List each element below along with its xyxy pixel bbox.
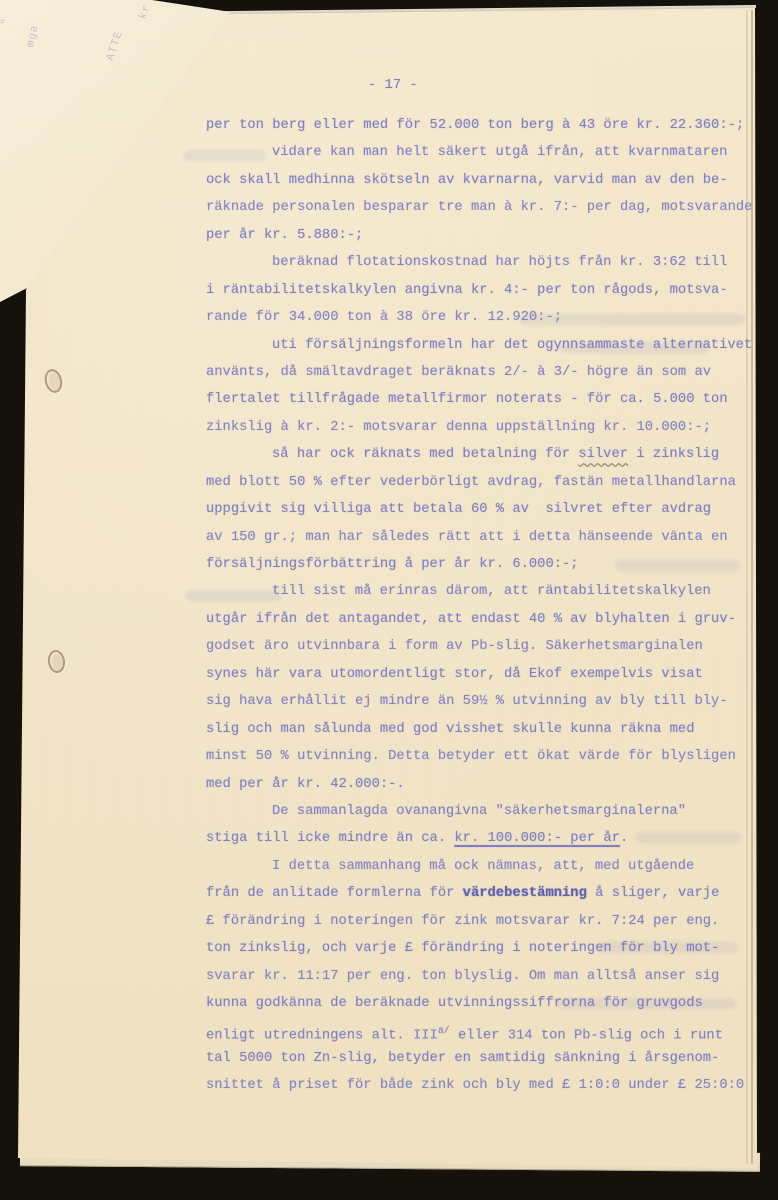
- text-line: minst 50 % utvinning. Detta betyder ett …: [206, 743, 766, 770]
- text-line: slig och man sålunda med god visshet sku…: [206, 716, 766, 743]
- text-line: uti försäljningsformeln har det ogynnsam…: [206, 332, 766, 359]
- text-line: tal 5000 ton Zn-slig, betyder en samtidi…: [206, 1045, 766, 1072]
- text-line: uppgivit sig villiga att betala 60 % av …: [206, 496, 766, 523]
- text-line: med blott 50 % efter vederbörligt avdrag…: [206, 469, 766, 496]
- ghost-text-mark: kr: [137, 3, 153, 21]
- text-line: till sist må erinras därom, att räntabil…: [206, 578, 766, 605]
- ghost-text-mark: mga: [25, 24, 41, 49]
- typewritten-text: per ton berg eller med för 52.000 ton be…: [206, 112, 766, 1100]
- text-line: kunna godkänna de beräknade utvinningssi…: [206, 990, 766, 1017]
- text-line: godset äro utvinnbara i form av Pb-slig.…: [206, 633, 766, 660]
- text-line: försäljningsförbättring å per år kr. 6.0…: [206, 551, 766, 578]
- text-line: De sammanlagda ovanangivna "säkerhetsmar…: [206, 798, 766, 825]
- scanned-document-view: mgaATTEkr" - 17 - per ton berg eller med…: [0, 0, 778, 1200]
- text-line: från de anlitade formlerna för värdebest…: [206, 880, 766, 907]
- text-line: snittet å priset för både zink och bly m…: [206, 1072, 766, 1099]
- text-line: I detta sammanhang må ock nämnas, att, m…: [206, 853, 766, 880]
- text-line: per ton berg eller med för 52.000 ton be…: [206, 112, 766, 139]
- text-line: £ förändring i noteringen för zink motsv…: [206, 908, 766, 935]
- text-line: enligt utredningens alt. IIIa/ eller 314…: [206, 1017, 766, 1044]
- text-line: vidare kan man helt säkert utgå ifrån, a…: [206, 139, 766, 166]
- text-line: av 150 gr.; man har således rätt att i d…: [206, 524, 766, 551]
- text-line: med per år kr. 42.000:-.: [206, 771, 766, 798]
- paper-hole-mark: [46, 649, 66, 674]
- text-line: använts, då smältavdraget beräknats 2/- …: [206, 359, 766, 386]
- text-line: i räntabilitetskalkylen angivna kr. 4:- …: [206, 277, 766, 304]
- text-line: per år kr. 5.880:-;: [206, 222, 766, 249]
- text-line: räknade personalen besparar tre man à kr…: [206, 194, 766, 221]
- text-line: zinkslig à kr. 2:- motsvarar denna uppst…: [206, 414, 766, 441]
- text-line: synes här vara utomordentligt stor, då E…: [206, 661, 766, 688]
- text-line: så har ock räknats med betalning för sil…: [206, 441, 766, 468]
- page-number: - 17 -: [368, 78, 418, 93]
- text-line: utgår ifrån det antagandet, att endast 4…: [206, 606, 766, 633]
- text-line: stiga till icke mindre än ca. kr. 100.00…: [206, 825, 766, 852]
- text-line: svarar kr. 11:17 per eng. ton blyslig. O…: [206, 963, 766, 990]
- text-line: rande för 34.000 ton à 38 öre kr. 12.920…: [206, 304, 766, 331]
- text-line: sig hava erhållit ej mindre än 59½ % utv…: [206, 688, 766, 715]
- text-line: ton zinkslig, och varje £ förändring i n…: [206, 935, 766, 962]
- paper-hole-mark: [42, 367, 64, 394]
- text-line: flertalet tillfrågade metallfirmor noter…: [206, 386, 766, 413]
- text-line: beräknad flotationskostnad har höjts frå…: [206, 249, 766, 276]
- text-line: ock skall medhinna skötseln av kvarnarna…: [206, 167, 766, 194]
- ghost-text-mark: ATTE: [105, 30, 126, 63]
- ghost-text-mark: ": [0, 17, 14, 27]
